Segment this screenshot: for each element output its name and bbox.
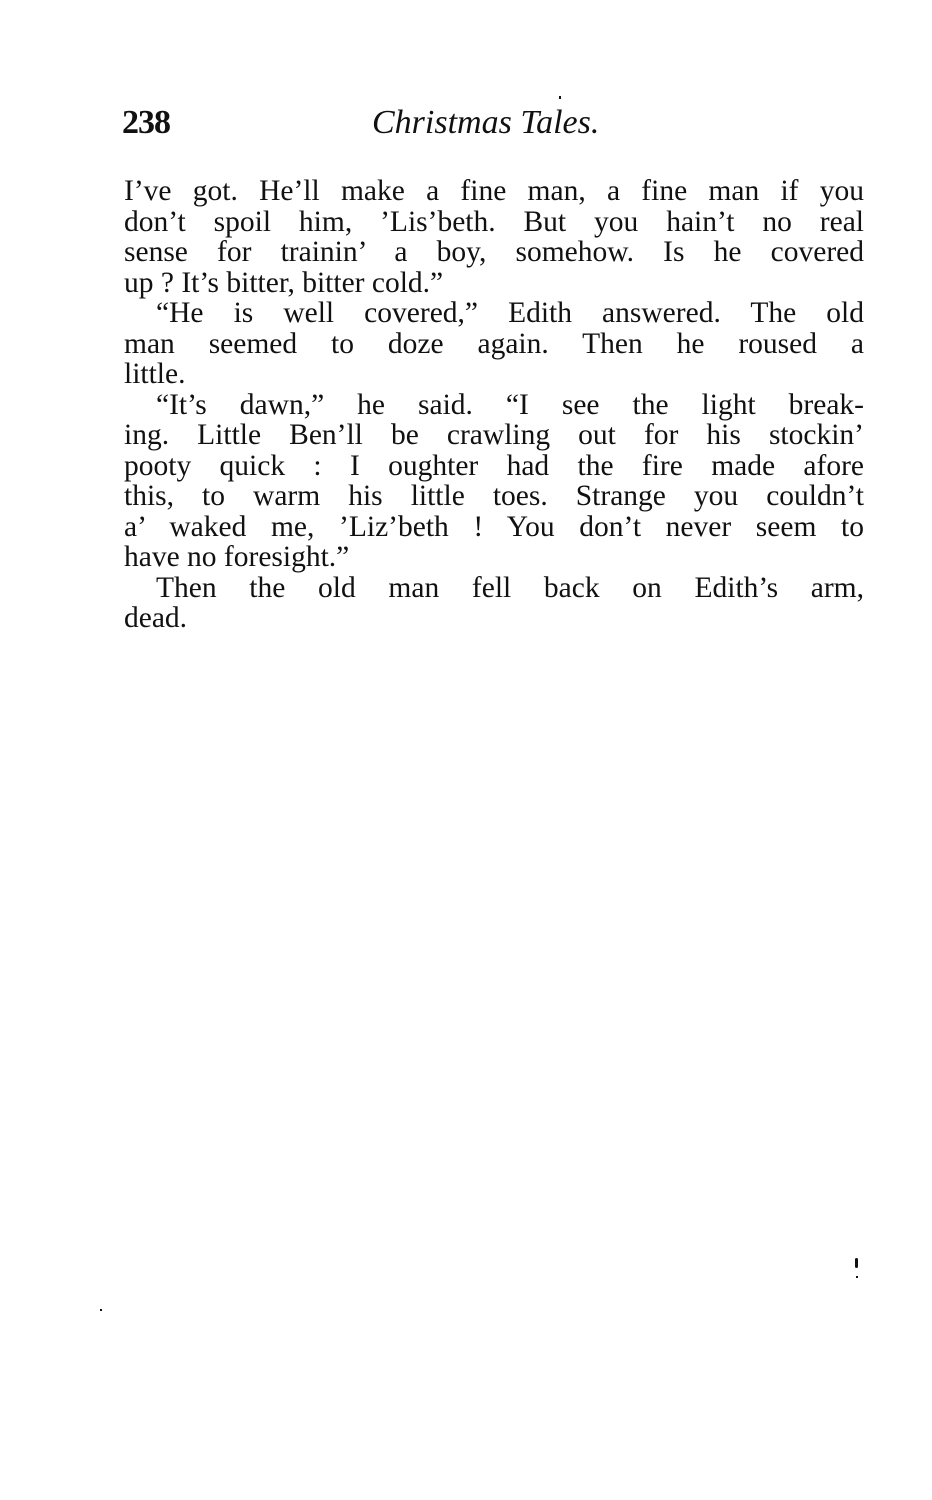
text-line: have no foresight.”: [124, 542, 864, 573]
scan-speck: [100, 1309, 102, 1311]
scan-speck: [559, 96, 561, 99]
text-line: “He is well covered,” Edith answered. Th…: [124, 298, 864, 329]
scan-speck: [856, 1276, 858, 1278]
text-line: dead.: [124, 603, 864, 634]
scan-speck: [855, 1258, 858, 1268]
body-text: I’ve got. He’ll make a fine man, a fine …: [124, 176, 864, 634]
paragraph: I’ve got. He’ll make a fine man, a fine …: [124, 176, 864, 298]
text-line: man seemed to doze again. Then he roused…: [124, 329, 864, 360]
text-line: I’ve got. He’ll make a fine man, a fine …: [124, 176, 864, 207]
running-title: Christmas Tales.: [372, 104, 599, 142]
text-line: sense for trainin’ a boy, somehow. Is he…: [124, 237, 864, 268]
paragraph: “It’s dawn,” he said. “I see the light b…: [124, 390, 864, 573]
text-line: a’ waked me, ’Liz’beth ! You don’t never…: [124, 512, 864, 543]
text-line: “It’s dawn,” he said. “I see the light b…: [124, 390, 864, 421]
text-line: pooty quick : I oughter had the fire mad…: [124, 451, 864, 482]
text-line: Then the old man fell back on Edith’s ar…: [124, 573, 864, 604]
text-line: little.: [124, 359, 864, 390]
text-line: this, to warm his little toes. Strange y…: [124, 481, 864, 512]
paragraph: Then the old man fell back on Edith’s ar…: [124, 573, 864, 634]
text-line: ing. Little Ben’ll be crawling out for h…: [124, 420, 864, 451]
text-line: up ? It’s bitter, bitter cold.”: [124, 268, 864, 299]
text-line: don’t spoil him, ’Lis’beth. But you hain…: [124, 207, 864, 238]
paragraph: “He is well covered,” Edith answered. Th…: [124, 298, 864, 390]
page-header: 238 Christmas Tales.: [122, 104, 862, 148]
page-number: 238: [122, 104, 170, 142]
